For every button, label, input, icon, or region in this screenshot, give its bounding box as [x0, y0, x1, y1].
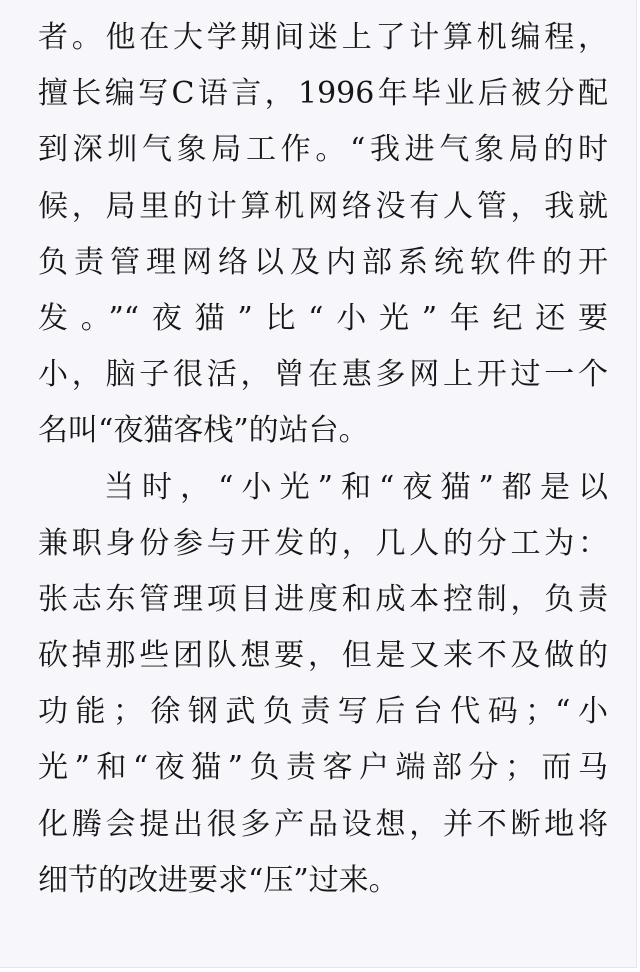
paragraph-2: 当时，“小光”和“夜猫”都是以 兼职身份参与开发的，几人的分工为： 张志东管理项…: [38, 460, 608, 910]
text-line: 细节的改进要求“压”过来。: [38, 853, 608, 909]
paragraph-1: 者。他在大学期间迷上了计算机编程， 擅长编写C语言，1996年毕业后被分配 到深…: [38, 10, 608, 460]
text-line: 当时，“小光”和“夜猫”都是以: [38, 460, 608, 516]
text-line: 发。”“夜猫”比“小光”年纪还要: [38, 291, 608, 347]
text-line: 兼职身份参与开发的，几人的分工为：: [38, 516, 608, 572]
text-line: 张志东管理项目进度和成本控制，负责: [38, 572, 608, 628]
text-line: 到深圳气象局工作。“我进气象局的时: [38, 122, 608, 178]
page: 者。他在大学期间迷上了计算机编程， 擅长编写C语言，1996年毕业后被分配 到深…: [0, 0, 637, 968]
text-line: 擅长编写C语言，1996年毕业后被分配: [38, 66, 608, 122]
text-line: 负责管理网络以及内部系统软件的开: [38, 235, 608, 291]
text-line: 砍掉那些团队想要，但是又来不及做的: [38, 628, 608, 684]
text-line: 化腾会提出很多产品设想，并不断地将: [38, 797, 608, 853]
text-line: 功能；徐钢武负责写后台代码；“小: [38, 684, 608, 740]
text-line: 名叫“夜猫客栈”的站台。: [38, 403, 608, 459]
article-text: 者。他在大学期间迷上了计算机编程， 擅长编写C语言，1996年毕业后被分配 到深…: [38, 10, 608, 909]
text-line: 光”和“夜猫”负责客户端部分；而马: [38, 740, 608, 796]
text-line: 候，局里的计算机网络没有人管，我就: [38, 179, 608, 235]
text-line: 小，脑子很活，曾在惠多网上开过一个: [38, 347, 608, 403]
text-line: 者。他在大学期间迷上了计算机编程，: [38, 10, 608, 66]
